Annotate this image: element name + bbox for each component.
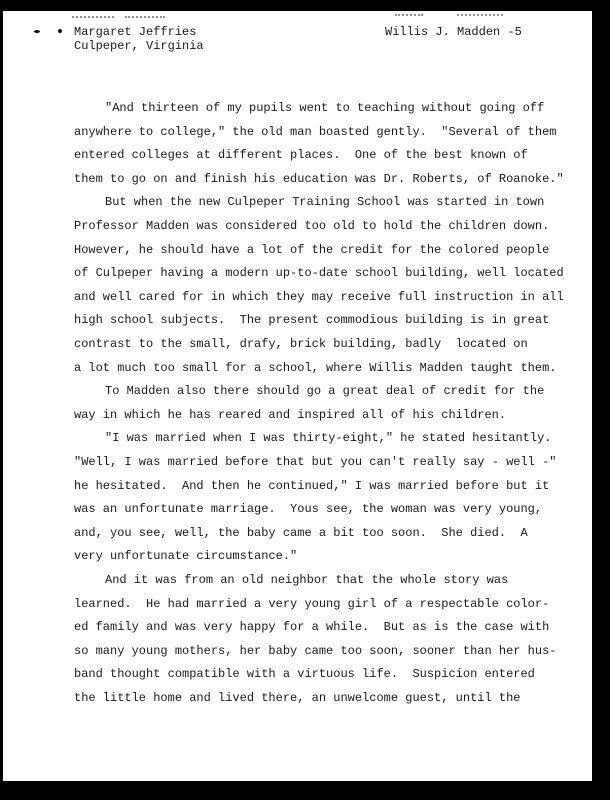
body-line: To Madden also there should go a great d… bbox=[105, 384, 544, 398]
body-line: so many young mothers, her baby came too… bbox=[74, 644, 556, 658]
body-line: and well cared for in which they may rec… bbox=[74, 290, 564, 304]
body-line: of Culpeper having a modern up-to-date s… bbox=[74, 266, 564, 280]
cutoff-text-remnant bbox=[125, 16, 165, 20]
body-line: "And thirteen of my pupils went to teach… bbox=[105, 101, 544, 115]
margin-mark-icon bbox=[58, 29, 62, 33]
body-line: However, he should have a lot of the cre… bbox=[74, 243, 549, 257]
body-line: anywhere to college," the old man boaste… bbox=[74, 125, 556, 139]
body-line: way in which he has reared and inspired … bbox=[74, 408, 506, 422]
body-line: learned. He had married a very young gir… bbox=[74, 597, 549, 611]
body-line: ed family and was very happy for a while… bbox=[74, 620, 549, 634]
document-page: Margaret Jeffries Culpeper, Virginia Wil… bbox=[3, 11, 592, 781]
body-line: "Well, I was married before that but you… bbox=[74, 455, 556, 469]
body-line: a lot much too small for a school, where… bbox=[74, 361, 556, 375]
cutoff-text-remnant bbox=[395, 14, 423, 18]
margin-mark-icon bbox=[34, 30, 40, 33]
author-name: Margaret Jeffries bbox=[74, 25, 196, 39]
body-line: the little home and lived there, an unwe… bbox=[74, 691, 520, 705]
body-line: high school subjects. The present commod… bbox=[74, 313, 549, 327]
body-line: contrast to the small, drafy, brick buil… bbox=[74, 337, 528, 351]
body-line: And it was from an old neighbor that the… bbox=[105, 573, 508, 587]
body-line: Professor Madden was considered too old … bbox=[74, 219, 549, 233]
cutoff-text-remnant bbox=[457, 14, 503, 18]
body-line: he hesitated. And then he continued," I … bbox=[74, 479, 549, 493]
body-line: very unfortunate circumstance." bbox=[74, 549, 297, 563]
body-line: was an unfortunate marriage. Yous see, t… bbox=[74, 502, 542, 516]
body-line: entered colleges at different places. On… bbox=[74, 148, 528, 162]
body-line: them to go on and finish his education w… bbox=[74, 172, 564, 186]
body-line: But when the new Culpeper Training Schoo… bbox=[105, 195, 544, 209]
page-header-subject: Willis J. Madden -5 bbox=[385, 25, 522, 39]
author-location: Culpeper, Virginia bbox=[74, 39, 204, 53]
body-line: and, you see, well, the baby came a bit … bbox=[74, 526, 528, 540]
cutoff-text-remnant bbox=[72, 16, 114, 20]
body-line: "I was married when I was thirty-eight,"… bbox=[105, 431, 551, 445]
body-line: band thought compatible with a virtuous … bbox=[74, 667, 535, 681]
